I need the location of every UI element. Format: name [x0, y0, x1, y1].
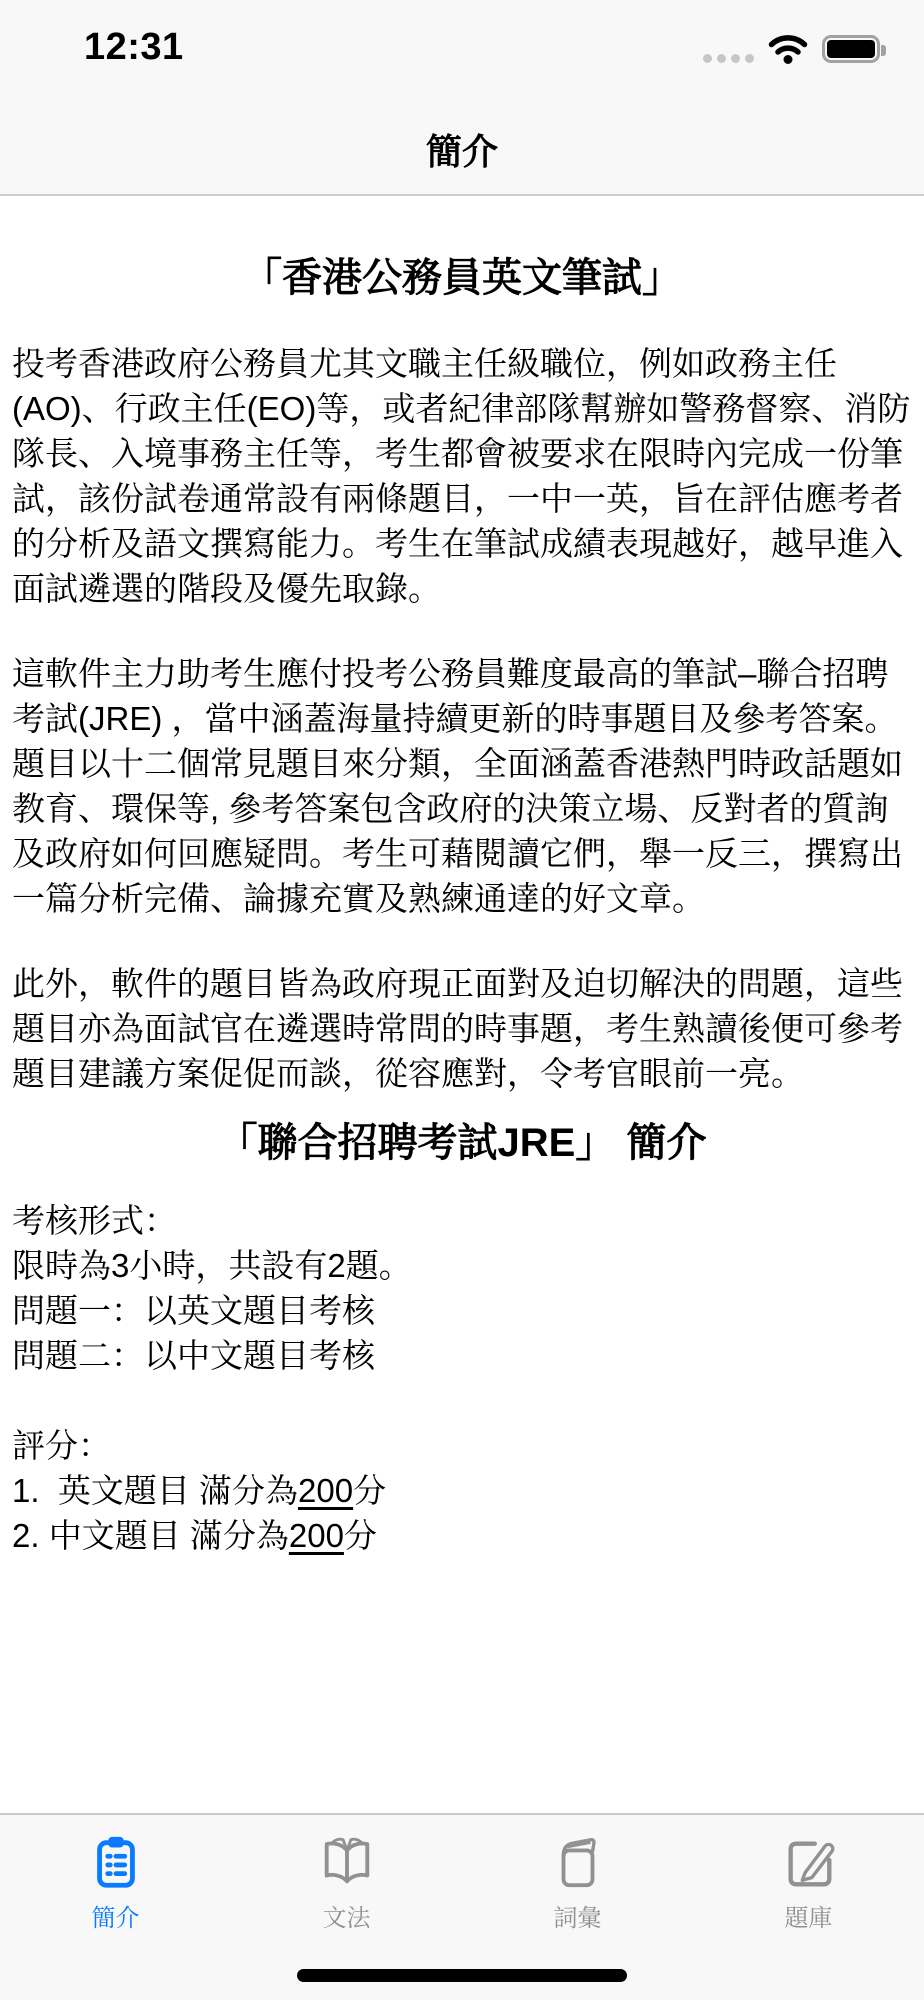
- content-area: 「香港公務員英文筆試」 投考香港政府公務員尤其文職主任級職位，例如政務主任(AO…: [0, 196, 924, 1558]
- tab-label: 簡介: [92, 1898, 140, 1933]
- compose-icon: [780, 1834, 838, 1892]
- tab-label: 詞彙: [554, 1898, 602, 1933]
- tabs: 簡介 文法 詞彙: [0, 1815, 924, 1935]
- intro-paragraph-1: 投考香港政府公務員尤其文職主任級職位，例如政務主任(AO)、行政主任(EO)等，…: [12, 341, 912, 611]
- tab-label: 題庫: [785, 1898, 833, 1933]
- cellular-dot: [731, 54, 740, 63]
- status-icons: [703, 34, 880, 64]
- app-screen: 12:31 簡介: [0, 0, 924, 2000]
- page-title: 簡介: [0, 124, 924, 175]
- battery-nub: [881, 45, 886, 56]
- cellular-signal-icon: [703, 54, 754, 63]
- clipboard-list-icon: [87, 1834, 145, 1892]
- intro-paragraph-3: 此外，軟件的題目皆為政府現正面對及迫切解決的問題，這些題目亦為面試官在遴選時常問…: [12, 961, 912, 1096]
- score-item: 1. 英文題目 滿分為200分: [12, 1468, 912, 1513]
- tab-grammar[interactable]: 文法: [231, 1815, 462, 1935]
- format-line: 問題一：以英文題目考核: [12, 1288, 912, 1333]
- score-item-text: 1. 英文題目 滿分為: [12, 1472, 298, 1509]
- book-icon: [549, 1834, 607, 1892]
- battery-level: [827, 40, 875, 58]
- cellular-dot: [717, 54, 726, 63]
- intro-paragraph-2: 這軟件主力助考生應付投考公務員難度最高的筆試–聯合招聘考試(JRE) ，當中涵蓋…: [12, 651, 912, 921]
- nav-bar: 簡介: [0, 94, 924, 194]
- tab-bar: 簡介 文法 詞彙: [0, 1813, 924, 2000]
- scoring-label: 評分：: [12, 1423, 912, 1468]
- wifi-icon: [768, 34, 808, 64]
- open-book-icon: [318, 1834, 376, 1892]
- battery-icon: [822, 35, 880, 63]
- status-time: 12:31: [84, 26, 184, 69]
- format-line: 考核形式：: [12, 1198, 912, 1243]
- score-value: 200: [289, 1517, 344, 1554]
- cellular-dot: [745, 54, 754, 63]
- exam-format-block: 考核形式： 限時為3小時，共設有2題。 問題一：以英文題目考核 問題二：以中文題…: [12, 1198, 912, 1378]
- score-item-text: 2. 中文題目 滿分為: [12, 1517, 289, 1554]
- top-chrome: 12:31 簡介: [0, 0, 924, 196]
- home-indicator[interactable]: [297, 1969, 627, 1982]
- main-heading: 「香港公務員英文筆試」: [12, 255, 912, 301]
- scoring-block: 評分： 1. 英文題目 滿分為200分 2. 中文題目 滿分為200分: [12, 1423, 912, 1558]
- tab-question-bank[interactable]: 題庫: [693, 1815, 924, 1935]
- format-line: 限時為3小時，共設有2題。: [12, 1243, 912, 1288]
- cellular-dot: [703, 54, 712, 63]
- jre-heading: 「聯合招聘考試JRE」 簡介: [12, 1120, 912, 1166]
- status-bar: 12:31: [0, 0, 924, 94]
- score-item-suffix: 分: [353, 1472, 386, 1509]
- score-item: 2. 中文題目 滿分為200分: [12, 1513, 912, 1558]
- score-item-suffix: 分: [344, 1517, 377, 1554]
- score-value: 200: [298, 1472, 353, 1509]
- tab-intro[interactable]: 簡介: [0, 1815, 231, 1935]
- format-line: 問題二：以中文題目考核: [12, 1333, 912, 1378]
- tab-label: 文法: [323, 1898, 371, 1933]
- tab-vocabulary[interactable]: 詞彙: [462, 1815, 693, 1935]
